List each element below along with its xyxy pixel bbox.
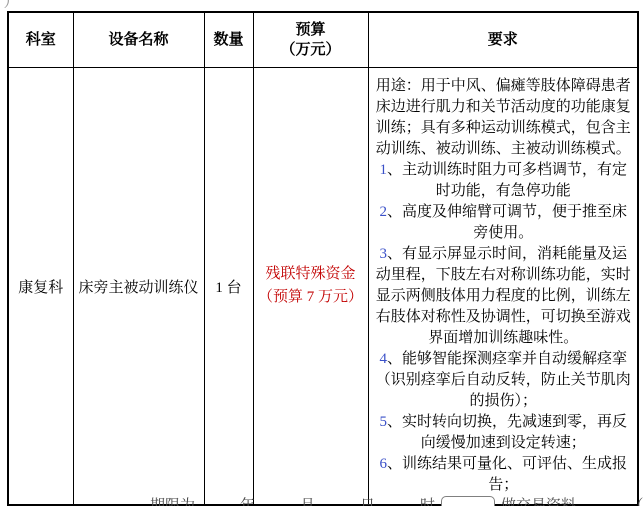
clipped-footer-line: 期限为 年 月 日 时做交易资料 （ <box>0 496 644 506</box>
item-number: 4 <box>379 351 387 367</box>
equipment-spec-table: 科室 设备名称 数量 预算 （万元） 要求 康复科 床旁主被动训练仪 1 台 残… <box>7 11 639 506</box>
item-text: 、有显示屏显示时间，消耗能量及运动里程，下肢左右对称训练功能，实时显示两侧肢体用… <box>376 246 631 346</box>
item-number: 3 <box>379 246 387 262</box>
item-number: 1 <box>379 162 387 178</box>
clipped-top-fragment: ） <box>3 0 23 8</box>
cell-dept: 康复科 <box>8 68 73 506</box>
item-text: 、主动训练时阻力可多档调节，有定时功能，有急停功能 <box>387 162 627 199</box>
cell-qty: 1 台 <box>204 68 253 506</box>
requirement-item: 2、高度及伸缩臂可调节，便于推至床旁使用。 <box>376 202 632 244</box>
document-page: ） 科室 设备名称 数量 预算 （万元） 要求 康复科 床旁主被动训练仪 1 <box>0 0 644 506</box>
requirement-item: 6、训练结果可量化、可评估、生成报告； <box>376 454 632 496</box>
cell-device: 床旁主被动训练仪 <box>73 68 204 506</box>
cell-requirements: 用途：用于中风、偏瘫等肢体障碍患者床边进行肌力和关节活动度的功能康复训练；具有多… <box>368 68 638 506</box>
header-budget-line2: （万元） <box>280 41 340 58</box>
footer-text-right: 做交易资料 （ <box>501 498 644 506</box>
requirement-item: 3、有显示屏显示时间，消耗能量及运动里程，下肢左右对称训练功能，实时显示两侧肢体… <box>376 244 632 349</box>
item-text: 、高度及伸缩臂可调节，便于推至床旁使用。 <box>387 204 627 241</box>
header-qty: 数量 <box>204 12 253 68</box>
requirement-item: 5、实时转向切换，先减速到零，再反向缓慢加速到设定转速； <box>376 412 632 454</box>
budget-fund-source: 残联特殊资金 <box>265 266 355 282</box>
requirement-item: 1、主动训练时阻力可多档调节，有定时功能，有急停功能 <box>376 160 632 202</box>
footer-text-left: 期限为 年 月 日 时 <box>150 498 435 506</box>
budget-amount: （预算 7 万元） <box>258 289 363 305</box>
item-text: 、能够智能探测痉挛并自动缓解痉挛（识别痉挛后自动反转，防止关节肌肉的损伤）； <box>376 351 631 409</box>
header-row: 科室 设备名称 数量 预算 （万元） 要求 <box>8 12 638 68</box>
header-device: 设备名称 <box>73 12 204 68</box>
item-number: 5 <box>379 414 387 430</box>
table-row: 康复科 床旁主被动训练仪 1 台 残联特殊资金 （预算 7 万元） 用途：用于中… <box>8 68 638 506</box>
cell-budget: 残联特殊资金 （预算 7 万元） <box>253 68 368 506</box>
header-budget-line1: 预算 <box>295 21 325 38</box>
requirement-item: 4、能够智能探测痉挛并自动缓解痉挛（识别痉挛后自动反转，防止关节肌肉的损伤）； <box>376 349 632 412</box>
header-budget: 预算 （万元） <box>253 12 368 68</box>
header-requirements: 要求 <box>368 12 638 68</box>
item-number: 2 <box>379 204 387 220</box>
item-number: 6 <box>379 456 387 472</box>
header-dept: 科室 <box>8 12 73 68</box>
blank-box <box>441 496 495 506</box>
item-text: 、训练结果可量化、可评估、生成报告； <box>387 456 627 493</box>
item-text: 、实时转向切换，先减速到零，再反向缓慢加速到设定转速； <box>387 414 627 451</box>
requirements-intro: 用途：用于中风、偏瘫等肢体障碍患者床边进行肌力和关节活动度的功能康复训练；具有多… <box>376 76 632 160</box>
